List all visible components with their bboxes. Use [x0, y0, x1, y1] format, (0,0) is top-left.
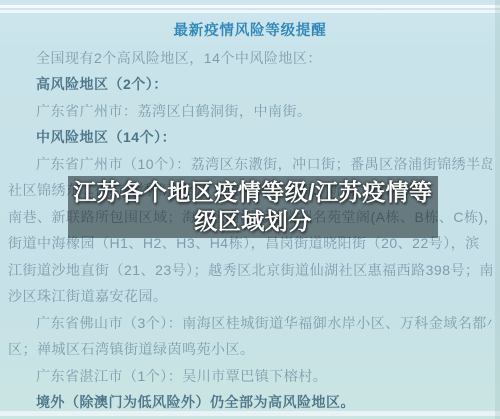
medium-risk-heading: 中风险地区（14个）： — [8, 124, 492, 151]
top-white-stripe-2 — [0, 10, 500, 13]
high-risk-heading: 高风险地区（2个）： — [8, 71, 492, 98]
zhanjiang-line: 广东省湛江市（1个）：吴川市覃巴镇下榕村。 — [8, 363, 492, 390]
headline-line-2: 级区域划分 — [194, 207, 312, 236]
high-risk-areas: 广东省广州市：荔湾区白鹤洞街，中南街。 — [8, 98, 492, 125]
foshan-line-2: 区；禅城区石湾镇街道绿茵鸣苑小区。 — [8, 336, 492, 363]
headline-line-1: 江苏各个地区疫情等级/江苏疫情等 — [73, 178, 432, 207]
right-edge-shade — [495, 0, 500, 419]
guangzhou-line-5: 江街道沙地直街（21、23号）；越秀区北京街道仙湖社区惠福西路398号；南 — [8, 257, 492, 284]
notice-title: 最新疫情风险等级提醒 — [8, 18, 492, 45]
foshan-line-1: 广东省佛山市（3个）：南海区桂城街道华福御水岸小区、万科金域名都小 — [8, 310, 492, 337]
top-white-stripe-1 — [0, 5, 500, 8]
guangzhou-line-1: 广东省广州市（10个）：荔湾区东漖街，冲口街；番禺区洛浦街锦绣半岛 — [8, 151, 492, 178]
headline-overlay: 江苏各个地区疫情等级/江苏疫情等 级区域划分 — [68, 176, 438, 238]
summary-line: 全国现有2个高风险地区，14个中风险地区： — [8, 45, 492, 72]
overseas-line: 境外（除澳门为低风险外）仍全部为高风险地区。 — [8, 389, 492, 416]
guangzhou-line-6: 沙区珠江街道嘉安花园。 — [8, 283, 492, 310]
